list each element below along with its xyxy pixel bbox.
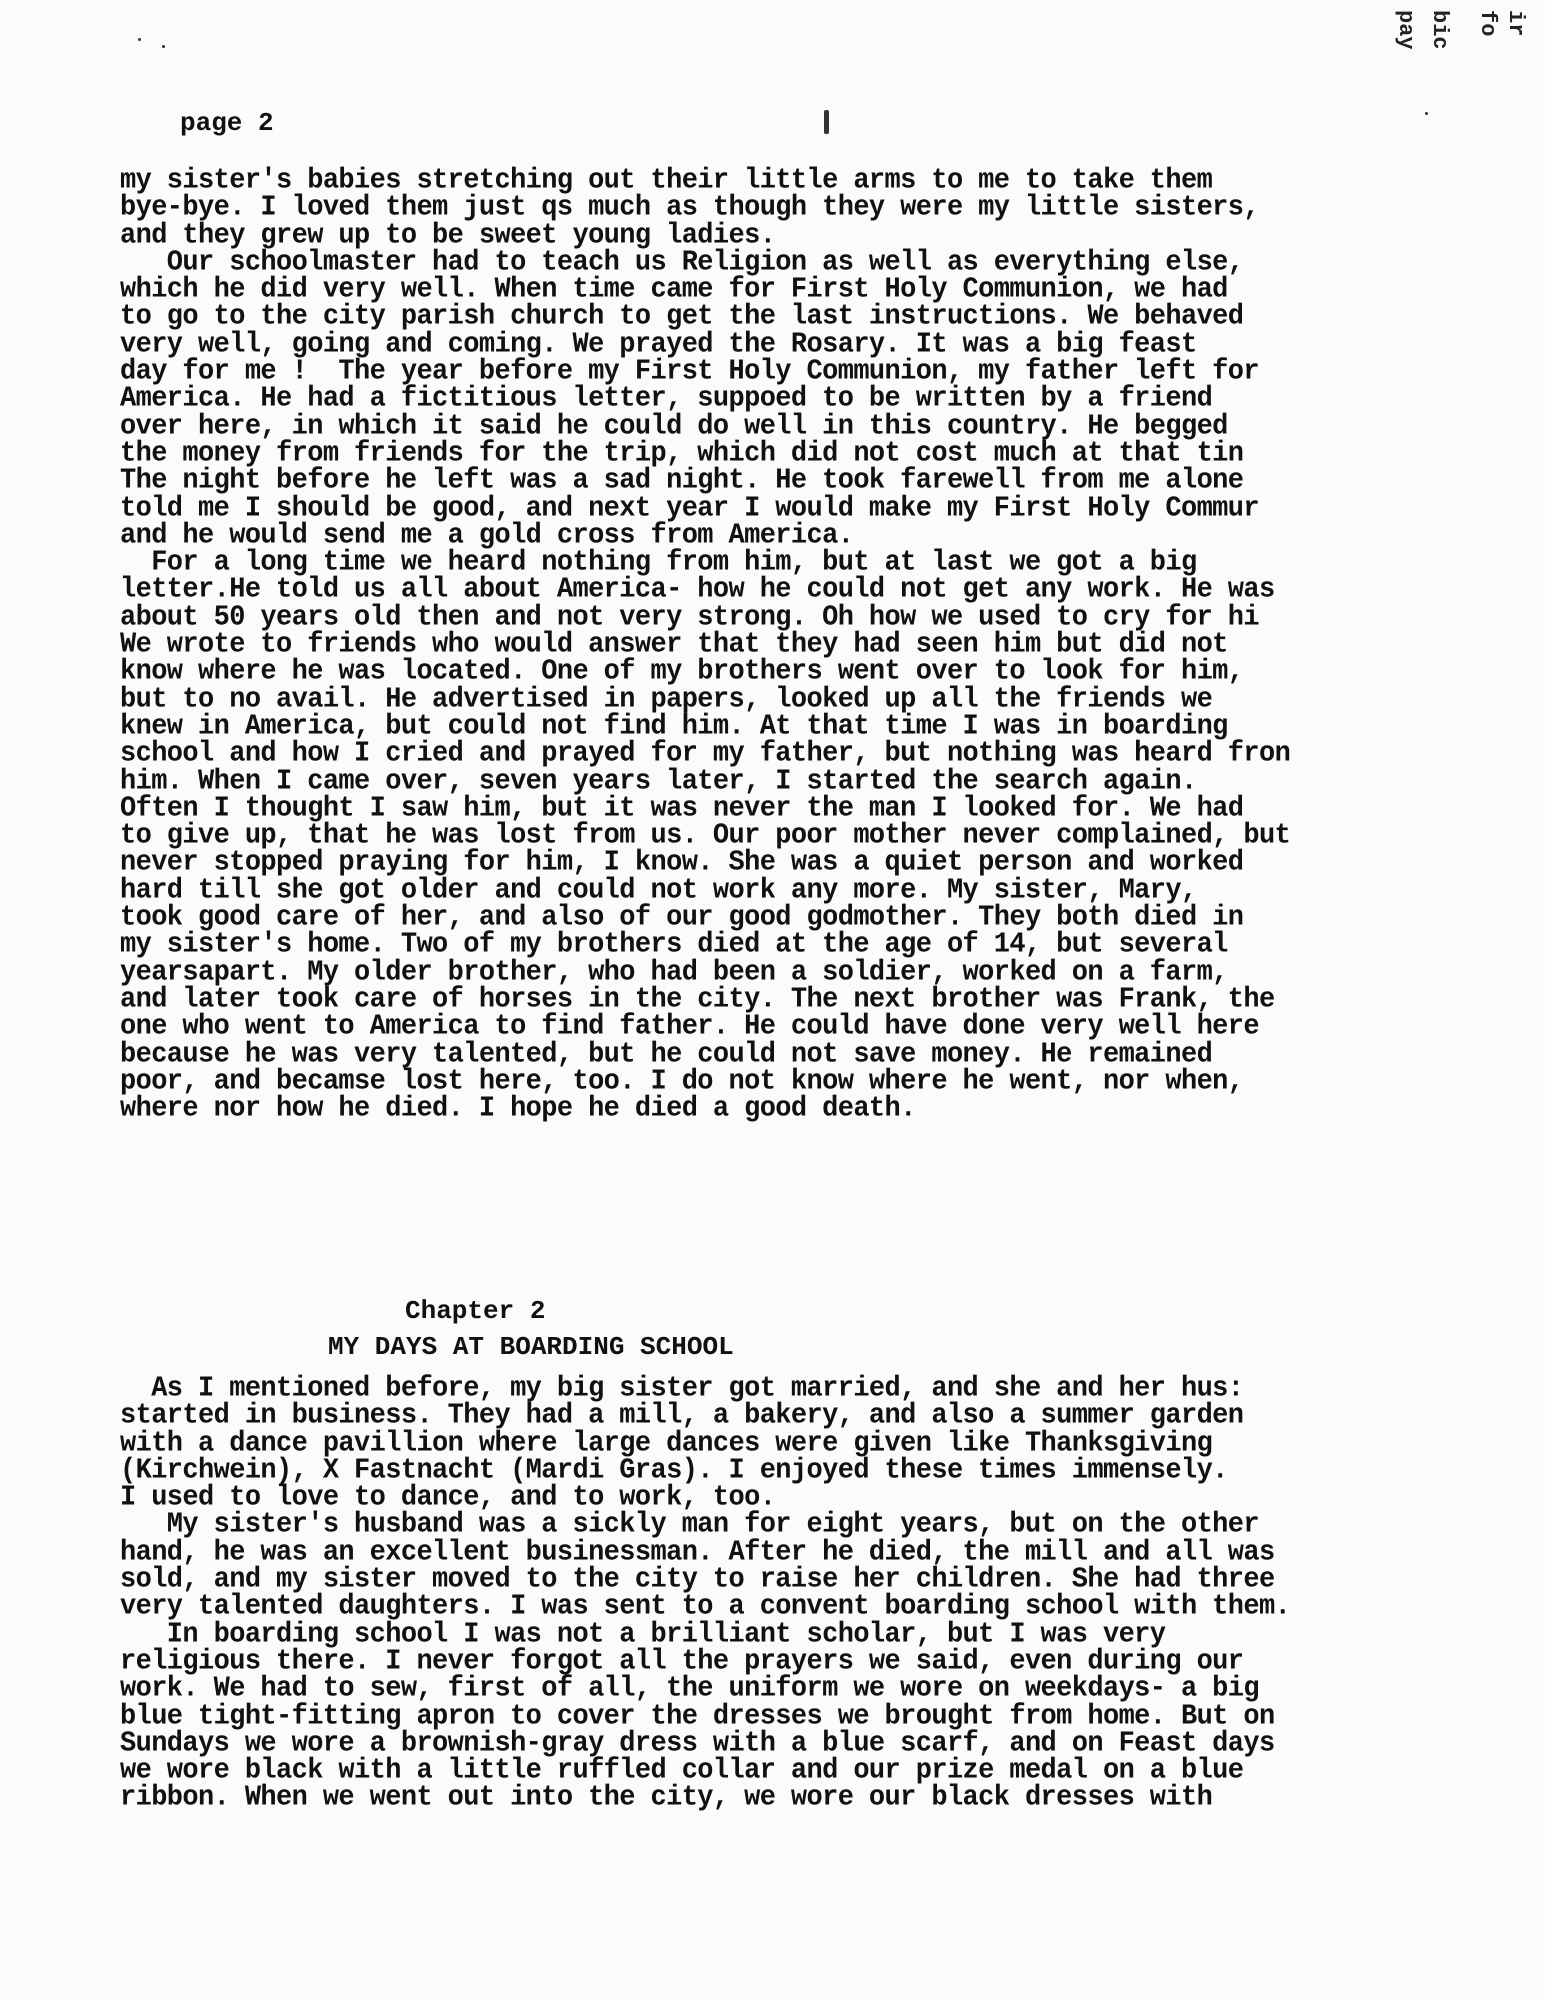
text-line: very talented daughters. I was sent to a… — [120, 1594, 1540, 1623]
text-line: bye-bye. I loved them just qs much as th… — [120, 195, 1540, 224]
text-line: school and how I cried and prayed for my… — [120, 741, 1540, 770]
text-line: know where he was located. One of my bro… — [120, 659, 1540, 688]
text-line: letter.He told us all about America- how… — [120, 577, 1540, 606]
text-line: work. We had to sew, first of all, the u… — [120, 1676, 1540, 1705]
margin-fragment: fo — [1475, 10, 1500, 36]
text-line: because he was very talented, but he cou… — [120, 1041, 1540, 1070]
scan-speck — [1425, 112, 1428, 115]
scan-speck — [138, 38, 141, 41]
chapter-title: MY DAYS AT BOARDING SCHOOL — [328, 1332, 734, 1362]
scan-speck — [162, 45, 165, 48]
text-line: my sister's home. Two of my brothers die… — [120, 932, 1540, 961]
margin-fragment: ir — [1503, 10, 1528, 36]
text-line: My sister's husband was a sickly man for… — [120, 1512, 1540, 1541]
text-line: ribbon. When we went out into the city, … — [120, 1785, 1540, 1814]
text-line: to go to the city parish church to get t… — [120, 304, 1540, 333]
text-line: one who went to America to find father. … — [120, 1014, 1540, 1043]
body-text-section-1: my sister's babies stretching out their … — [120, 168, 1540, 1123]
text-line: him. When I came over, seven years later… — [120, 768, 1540, 797]
text-line: The night before he left was a sad night… — [120, 468, 1540, 497]
margin-fragment: pay — [1393, 10, 1418, 50]
text-line: started in business. They had a mill, a … — [120, 1403, 1540, 1432]
page-number-label: page 2 — [180, 108, 274, 138]
text-line: America. He had a fictitious letter, sup… — [120, 386, 1540, 415]
text-line: never stopped praying for him, I know. S… — [120, 850, 1540, 879]
scan-mark — [824, 110, 829, 134]
body-text-section-2: As I mentioned before, my big sister got… — [120, 1376, 1540, 1813]
typewritten-page: pay bic fo ir page 2 my sister's babies … — [0, 0, 1545, 2000]
text-line: where nor how he died. I hope he died a … — [120, 1095, 1540, 1124]
margin-fragment: bic — [1427, 10, 1452, 50]
chapter-number: Chapter 2 — [405, 1296, 545, 1326]
